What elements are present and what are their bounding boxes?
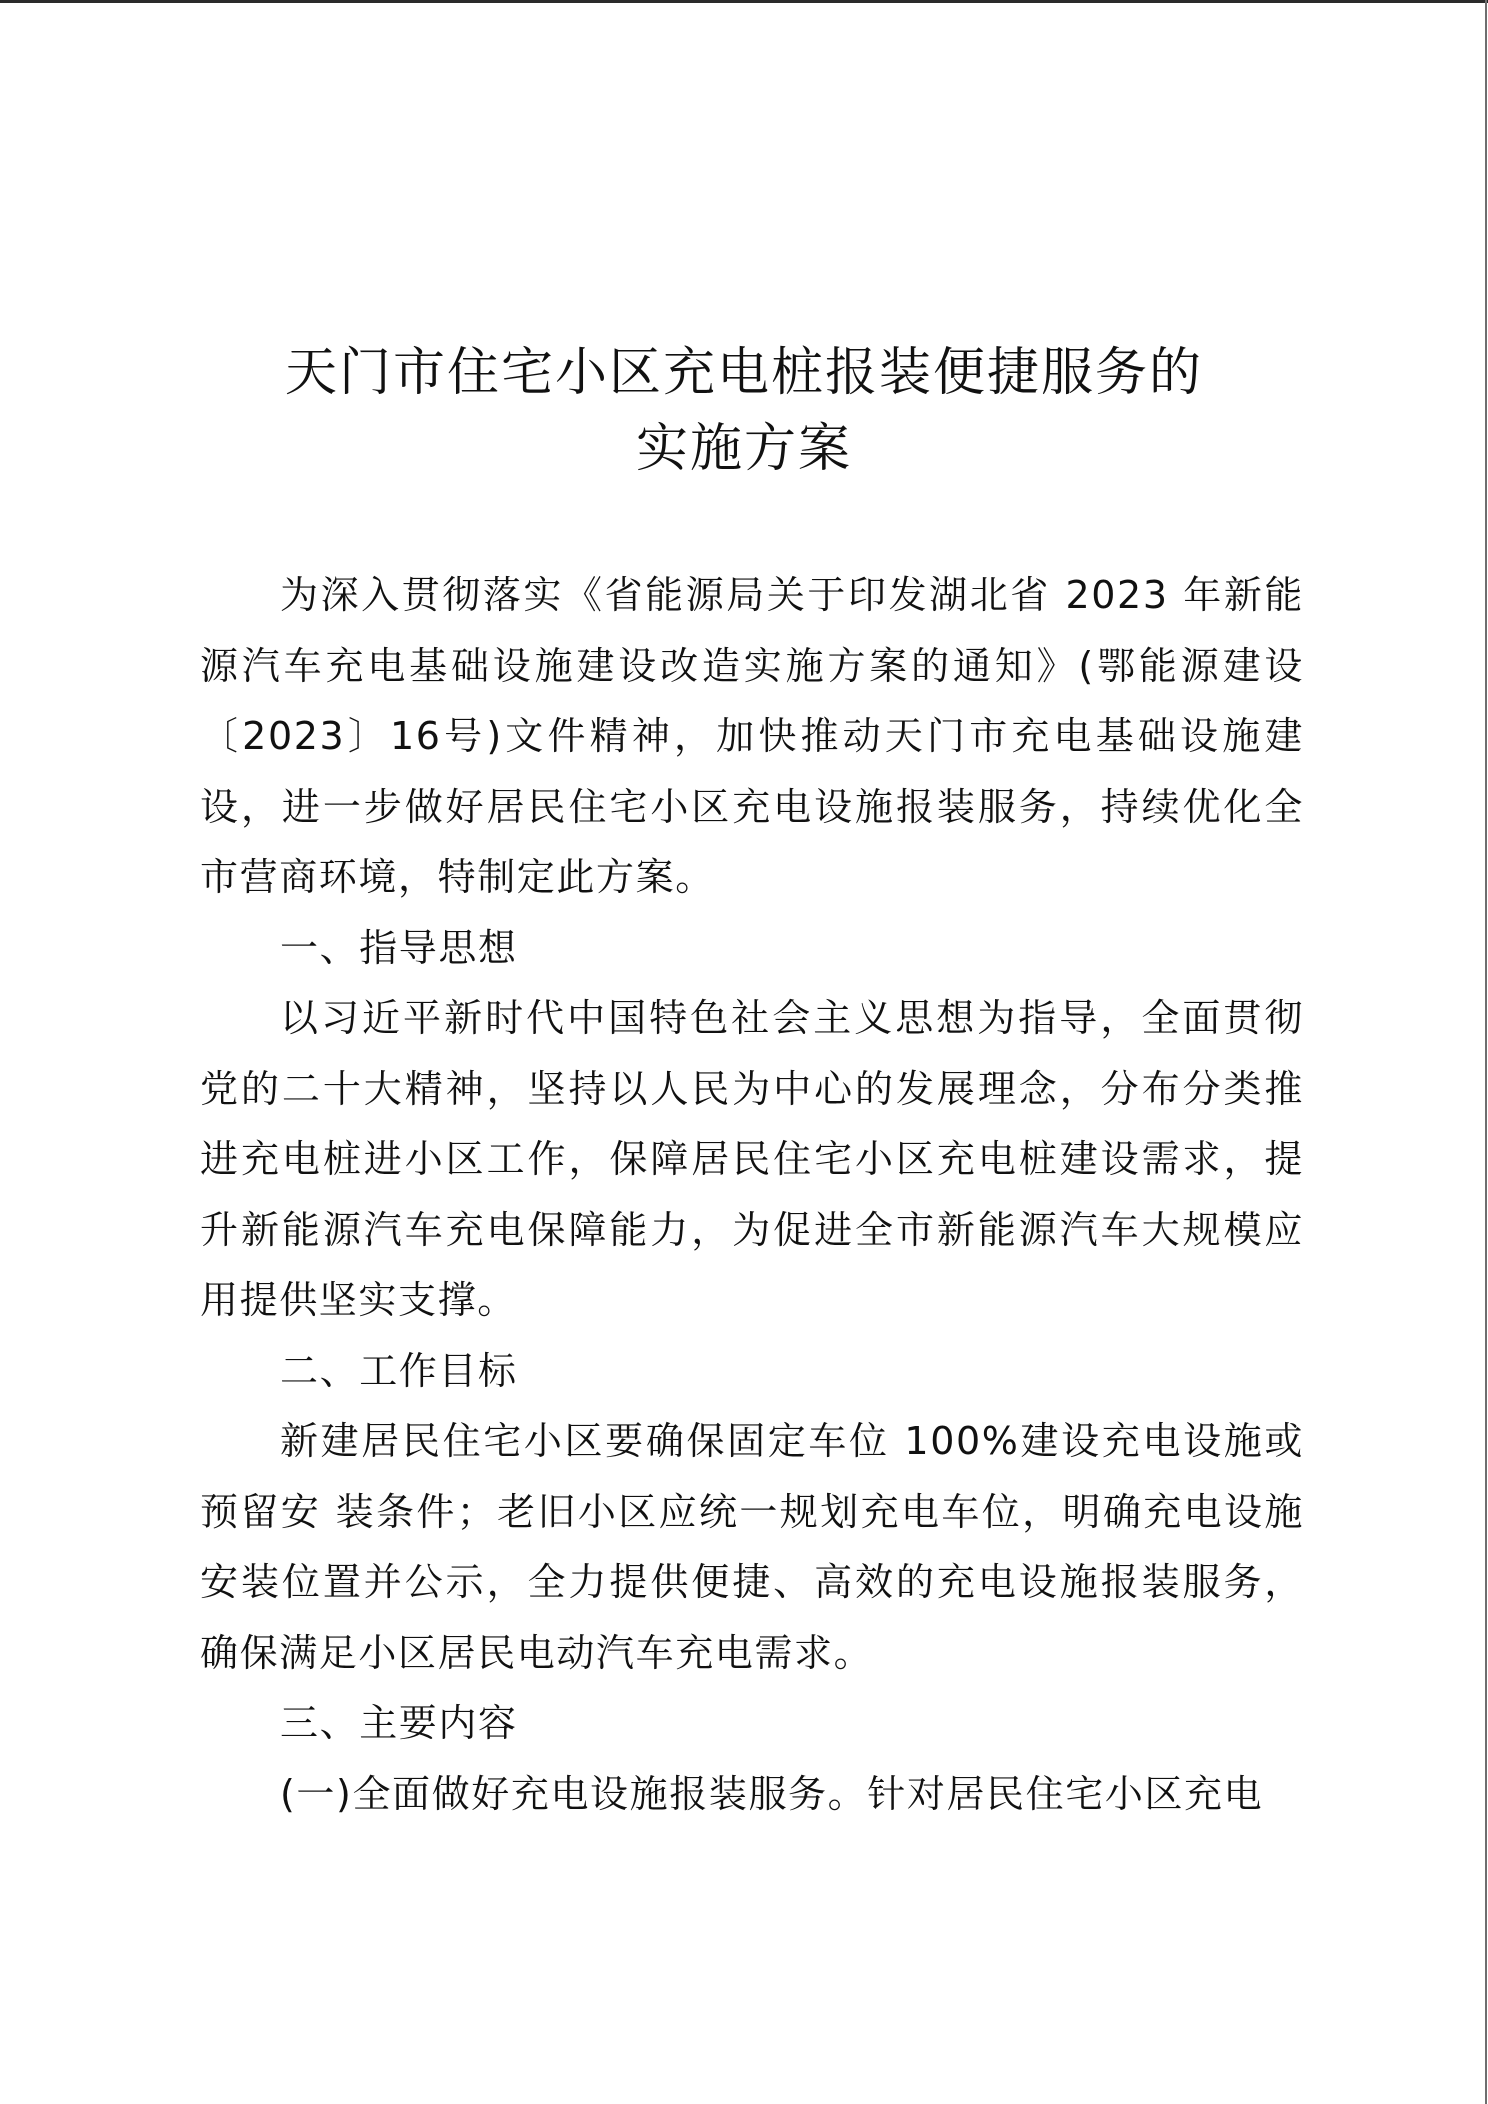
section-heading-main-content: 三、主要内容 [200, 1688, 1304, 1759]
intro-paragraph: 为深入贯彻落实《省能源局关于印发湖北省 2023 年新能源汽车充电基础设施建设改… [200, 560, 1304, 913]
document-page: 天门市住宅小区充电桩报装便捷服务的 实施方案 为深入贯彻落实《省能源局关于印发湖… [0, 0, 1488, 2104]
document-title-line-1: 天门市住宅小区充电桩报装便捷服务的 [0, 342, 1488, 404]
section-body-guiding-ideology: 以习近平新时代中国特色社会主义思想为指导，全面贯彻党的二十大精神，坚持以人民为中… [200, 983, 1304, 1336]
section-heading-work-goals: 二、工作目标 [200, 1336, 1304, 1407]
section-heading-guiding-ideology: 一、指导思想 [200, 913, 1304, 984]
section-body-main-content: (一)全面做好充电设施报装服务。针对居民住宅小区充电 [200, 1759, 1304, 1830]
document-title-line-2: 实施方案 [0, 418, 1488, 480]
document-body: 为深入贯彻落实《省能源局关于印发湖北省 2023 年新能源汽车充电基础设施建设改… [200, 560, 1304, 1829]
section-body-work-goals: 新建居民住宅小区要确保固定车位 100%建设充电设施或预留安 装条件；老旧小区应… [200, 1406, 1304, 1688]
